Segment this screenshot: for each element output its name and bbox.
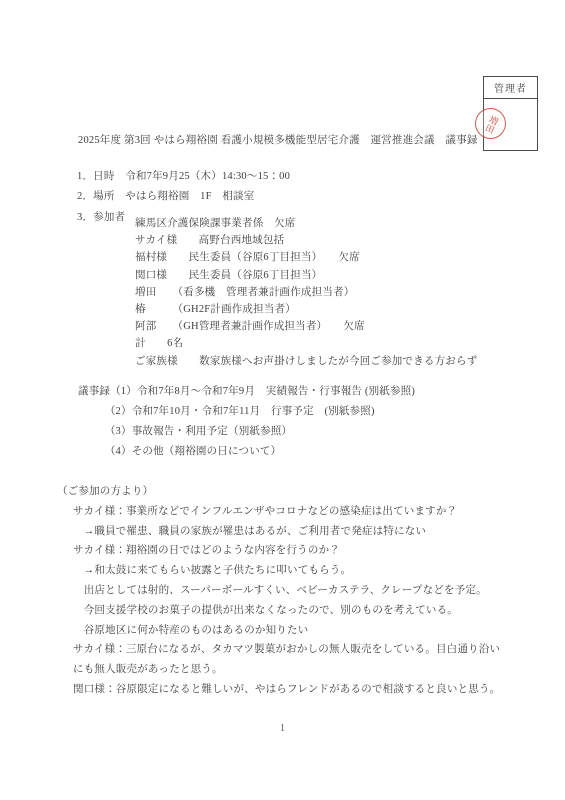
participant-row: 増田 （看多機 管理者兼計画作成担当者） <box>135 284 477 301</box>
qa-line: サカイ様：三原台になるが、タカマツ製菓がおかしの無人販売をしている。目白通り沿い <box>73 640 500 660</box>
participant-total-row: 計 6名 <box>135 335 477 352</box>
participants-list: 練馬区介護保険課事業者係 欠席 サカイ様 高野台西地域包括 福村様 民生委員（谷… <box>135 215 477 370</box>
agenda-line: （2）令和7年10月・令和7年11月 行事予定 (別紙参照) <box>78 402 415 422</box>
participant-row: サカイ様 高野台西地域包括 <box>135 232 477 249</box>
participant-row: 練馬区介護保険課事業者係 欠席 <box>135 215 477 232</box>
document-page: 管理者 増田 2025年度 第3回 やはら翔裕園 看護小規模多機能型居宅介護 運… <box>0 0 565 800</box>
qa-line: 関口様：谷原限定になると難しいが、やはらフレンドがあるので相談すると良いと思う。 <box>73 680 500 700</box>
page-number: 1 <box>0 723 565 734</box>
qa-line: 出店としては射的、スーパーボールすくい、ベビーカステラ、クレープなどを予定。 <box>73 581 500 601</box>
stamp-label: 管理者 <box>484 77 537 99</box>
approval-seal-icon: 増田 <box>475 108 506 139</box>
document-title: 2025年度 第3回 やはら翔裕園 看護小規模多機能型居宅介護 運営推進会議 議… <box>78 132 478 147</box>
participant-row: 阿部 （GH管理者兼計画作成担当者） 欠席 <box>135 318 477 335</box>
seal-name-text: 増田 <box>483 113 499 133</box>
meta-line-place: 2．場所 やはら翔裕園 1F 相談室 <box>77 187 290 207</box>
qa-heading: （ご参加の方より） <box>57 482 500 502</box>
agenda-line: 議事録（1）令和7年8月～令和7年9月 実績報告・行事報告 (別紙参照) <box>78 382 415 402</box>
qa-line: 谷原地区に何か特産のものはあるのか知りたい <box>73 621 500 641</box>
agenda-line: （3）事故報告・利用予定（別紙参照） <box>78 422 415 442</box>
agenda-line: （4）その他（翔裕園の日について） <box>78 442 415 462</box>
qa-line: →和太鼓に来てもらい披露と子供たちに叩いてもらう。 <box>73 561 500 581</box>
participant-row: 福村様 民生委員（谷原6丁目担当） 欠席 <box>135 249 477 266</box>
participant-family-row: ご家族様 数家族様へお声掛けしましたが今回ご参加できる方おらず <box>135 353 477 370</box>
qa-line: にも無人販売があったと思う。 <box>73 660 500 680</box>
qa-section: （ご参加の方より） サカイ様：事業所などでインフルエンザやコロナなどの感染症は出… <box>73 482 500 700</box>
manager-stamp-box: 管理者 増田 <box>483 76 538 151</box>
qa-line: 今回支援学校のお菓子の提供が出来なくなったので、別のものを考えている。 <box>73 601 500 621</box>
qa-line: サカイ様：翔裕園の日ではどのような内容を行うのか？ <box>73 541 500 561</box>
agenda-section: 議事録（1）令和7年8月～令和7年9月 実績報告・行事報告 (別紙参照) （2）… <box>78 382 415 462</box>
qa-line: →職員で罹患、職員の家族が罹患はあるが、ご利用者で発症は特にない <box>73 522 500 542</box>
participant-row: 関口様 民生委員（谷原6丁目担当） <box>135 267 477 284</box>
qa-line: サカイ様：事業所などでインフルエンザやコロナなどの感染症は出ていますか？ <box>73 502 500 522</box>
participant-row: 椿 （GH2F計画作成担当者） <box>135 301 477 318</box>
meta-line-datetime: 1．日時 令和7年9月25（木）14:30～15：00 <box>77 167 290 187</box>
